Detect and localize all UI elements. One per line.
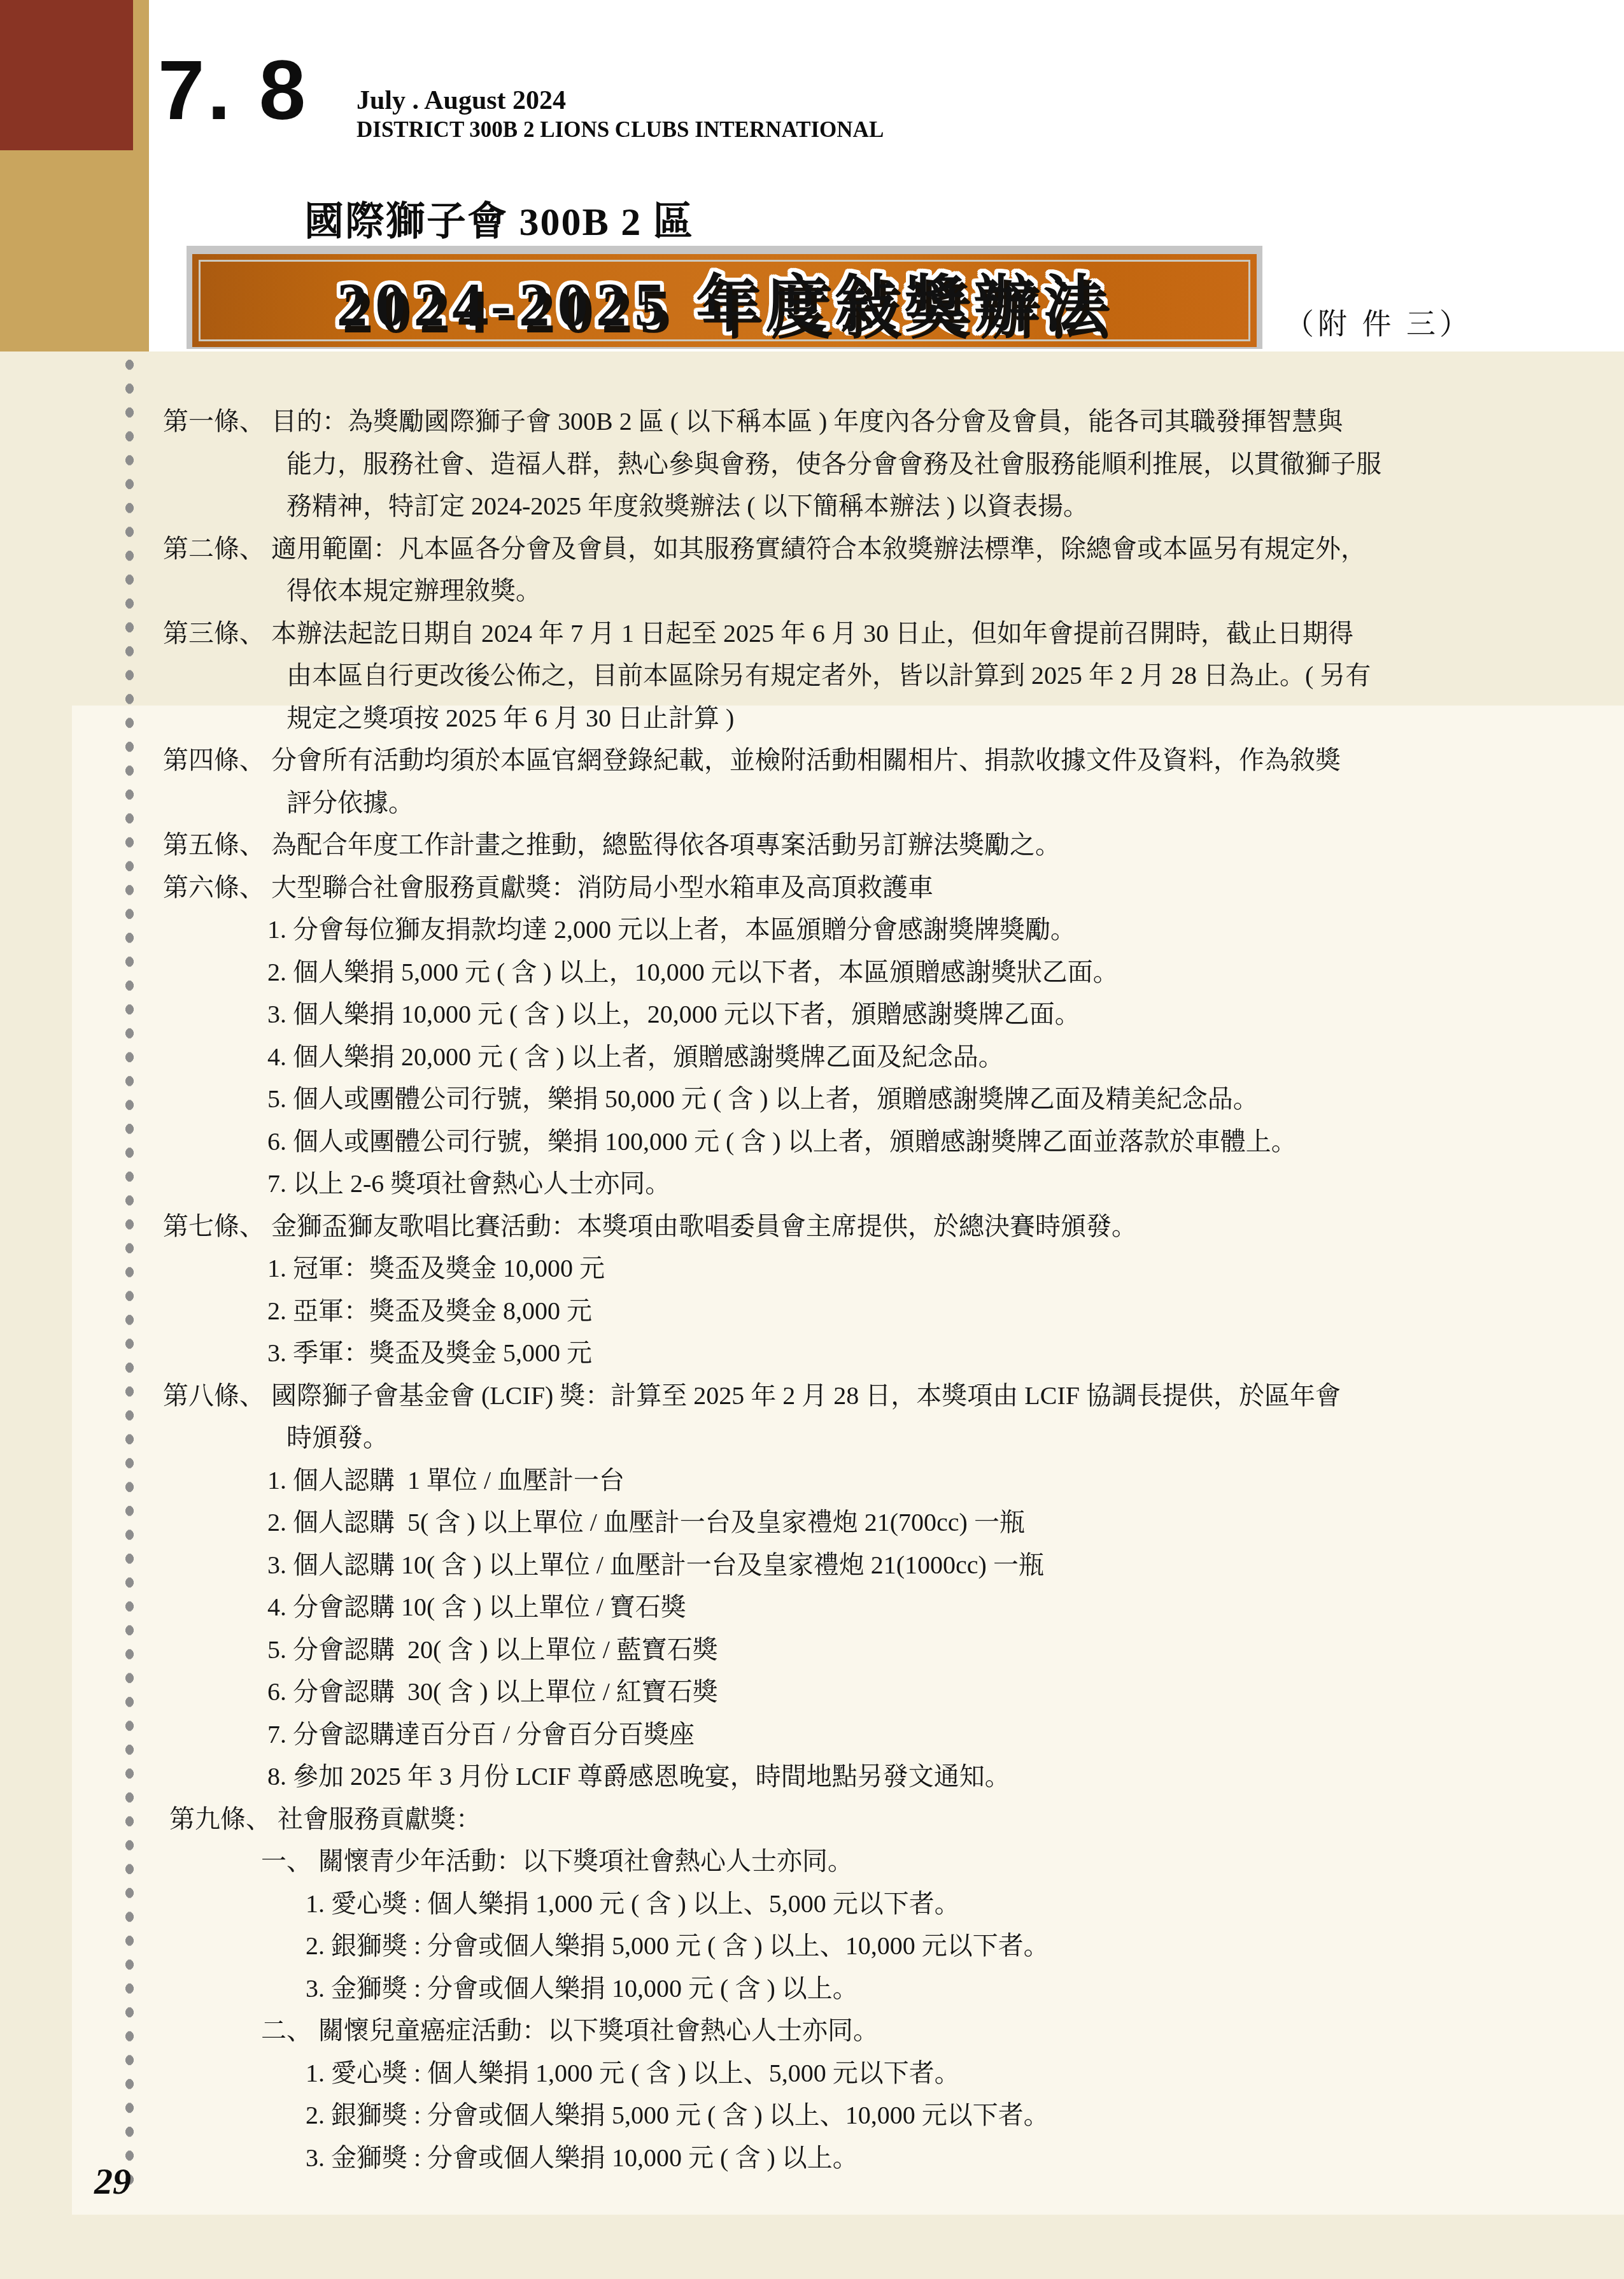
body-line: 2. 個人認購 5( 含 ) 以上單位 / 血壓計一台及皇家禮炮 21(700c… bbox=[0, 1502, 1624, 1544]
body-line: 第五條、 為配合年度工作計畫之推動，總監得依各項專案活動另訂辦法獎勵之。 bbox=[0, 824, 1624, 867]
award-banner-inner: 2024-2025 年度敍獎辦法 bbox=[192, 254, 1257, 347]
attachment-note: （附 件 三） bbox=[1285, 301, 1472, 343]
body-line: 第一條、 目的：為獎勵國際獅子會 300B 2 區 ( 以下稱本區 ) 年度內各… bbox=[0, 401, 1624, 443]
body-line: 1. 分會每位獅友捐款均達 2,000 元以上者，本區頒贈分會感謝獎牌獎勵。 bbox=[0, 909, 1624, 951]
body-line: 1. 個人認購 1 單位 / 血壓計一台 bbox=[0, 1459, 1624, 1502]
issue-number: 7. 8 bbox=[158, 48, 308, 132]
body-line: 5. 個人或團體公司行號，樂捐 50,000 元 ( 含 ) 以上者，頒贈感謝獎… bbox=[0, 1078, 1624, 1121]
magazine-page: 7. 8 July . August 2024 DISTRICT 300B 2 … bbox=[0, 0, 1624, 2279]
maroon-square bbox=[0, 0, 133, 150]
issue-period: July . August 2024 bbox=[357, 85, 566, 116]
body-line: 6. 個人或團體公司行號，樂捐 100,000 元 ( 含 ) 以上者，頒贈感謝… bbox=[0, 1121, 1624, 1163]
body-line: 第四條、 分會所有活動均須於本區官網登錄紀載，並檢附活動相關相片、捐款收據文件及… bbox=[0, 739, 1624, 782]
body-line: 由本區自行更改後公佈之，目前本區除另有規定者外，皆以計算到 2025 年 2 月… bbox=[0, 655, 1624, 697]
body-line: 4. 個人樂捐 20,000 元 ( 含 ) 以上者，頒贈感謝獎牌乙面及紀念品。 bbox=[0, 1036, 1624, 1079]
org-heading: 國際獅子會 300B 2 區 bbox=[304, 190, 694, 246]
award-banner: 2024-2025 年度敍獎辦法 bbox=[187, 246, 1262, 349]
body-line: 規定之獎項按 2025 年 6 月 30 日止計算 ) bbox=[0, 697, 1624, 740]
page-number: 29 bbox=[94, 2160, 131, 2203]
body-line: 評分依據。 bbox=[0, 782, 1624, 825]
body-line: 第八條、 國際獅子會基金會 (LCIF) 獎：計算至 2025 年 2 月 28… bbox=[0, 1375, 1624, 1417]
body-line: 3. 個人認購 10( 含 ) 以上單位 / 血壓計一台及皇家禮炮 21(100… bbox=[0, 1544, 1624, 1587]
body-line: 2. 個人樂捐 5,000 元 ( 含 ) 以上，10,000 元以下者，本區頒… bbox=[0, 951, 1624, 994]
body-line: 2. 亞軍：獎盃及獎金 8,000 元 bbox=[0, 1290, 1624, 1333]
body-line: 第九條、 社會服務貢獻獎： bbox=[0, 1798, 1624, 1841]
body-line: 2. 銀獅獎 : 分會或個人樂捐 5,000 元 ( 含 ) 以上、10,000… bbox=[0, 2094, 1624, 2137]
body-line: 5. 分會認購 20( 含 ) 以上單位 / 藍寶石獎 bbox=[0, 1629, 1624, 1672]
body-line: 務精神，特訂定 2024-2025 年度敘獎辦法 ( 以下簡稱本辦法 ) 以資表… bbox=[0, 485, 1624, 528]
banner-title: 2024-2025 年度敍獎辦法 bbox=[192, 254, 1257, 343]
body-line: 7. 以上 2-6 獎項社會熱心人士亦同。 bbox=[0, 1163, 1624, 1205]
body-line: 1. 冠軍：獎盃及獎金 10,000 元 bbox=[0, 1247, 1624, 1290]
body-line: 6. 分會認購 30( 含 ) 以上單位 / 紅寶石獎 bbox=[0, 1671, 1624, 1714]
body-line: 一、 關懷青少年活動：以下獎項社會熱心人士亦同。 bbox=[0, 1840, 1624, 1883]
body-line: 3. 季軍：獎盃及獎金 5,000 元 bbox=[0, 1332, 1624, 1375]
body-line: 二、 關懷兒童癌症活動：以下獎項社會熱心人士亦同。 bbox=[0, 2010, 1624, 2052]
body-line: 3. 金獅獎 : 分會或個人樂捐 10,000 元 ( 含 ) 以上。 bbox=[0, 2137, 1624, 2180]
body-line: 時頒發。 bbox=[0, 1417, 1624, 1459]
body-line: 3. 金獅獎 : 分會或個人樂捐 10,000 元 ( 含 ) 以上。 bbox=[0, 1968, 1624, 2010]
district-title: DISTRICT 300B 2 LIONS CLUBS INTERNATIONA… bbox=[357, 117, 884, 143]
body-line: 7. 分會認購達百分百 / 分會百分百獎座 bbox=[0, 1714, 1624, 1756]
body-line: 能力，服務社會、造福人群，熱心參與會務，使各分會會務及社會服務能順利推展，以貫徹… bbox=[0, 443, 1624, 486]
body-line: 2. 銀獅獎 : 分會或個人樂捐 5,000 元 ( 含 ) 以上、10,000… bbox=[0, 1925, 1624, 1968]
body-line: 8. 參加 2025 年 3 月份 LCIF 尊爵感恩晚宴，時間地點另發文通知。 bbox=[0, 1756, 1624, 1798]
body-line: 1. 愛心獎 : 個人樂捐 1,000 元 ( 含 ) 以上、5,000 元以下… bbox=[0, 2052, 1624, 2095]
body-line: 4. 分會認購 10( 含 ) 以上單位 / 寶石獎 bbox=[0, 1586, 1624, 1629]
body-line: 得依本規定辦理敘獎。 bbox=[0, 570, 1624, 613]
body-line: 第六條、 大型聯合社會服務貢獻獎：消防局小型水箱車及高頂救護車 bbox=[0, 867, 1624, 909]
body-line: 1. 愛心獎 : 個人樂捐 1,000 元 ( 含 ) 以上、5,000 元以下… bbox=[0, 1883, 1624, 1926]
body-line: 3. 個人樂捐 10,000 元 ( 含 ) 以上，20,000 元以下者，頒贈… bbox=[0, 993, 1624, 1036]
body-line: 第七條、 金獅盃獅友歌唱比賽活動：本獎項由歌唱委員會主席提供，於總決賽時頒發。 bbox=[0, 1205, 1624, 1248]
body-line: 第三條、 本辦法起訖日期自 2024 年 7 月 1 日起至 2025 年 6 … bbox=[0, 613, 1624, 655]
body-lines: 第一條、 目的：為獎勵國際獅子會 300B 2 區 ( 以下稱本區 ) 年度內各… bbox=[0, 401, 1624, 2179]
body-line: 第二條、 適用範圍：凡本區各分會及會員，如其服務實績符合本敘獎辦法標準，除總會或… bbox=[0, 528, 1624, 571]
